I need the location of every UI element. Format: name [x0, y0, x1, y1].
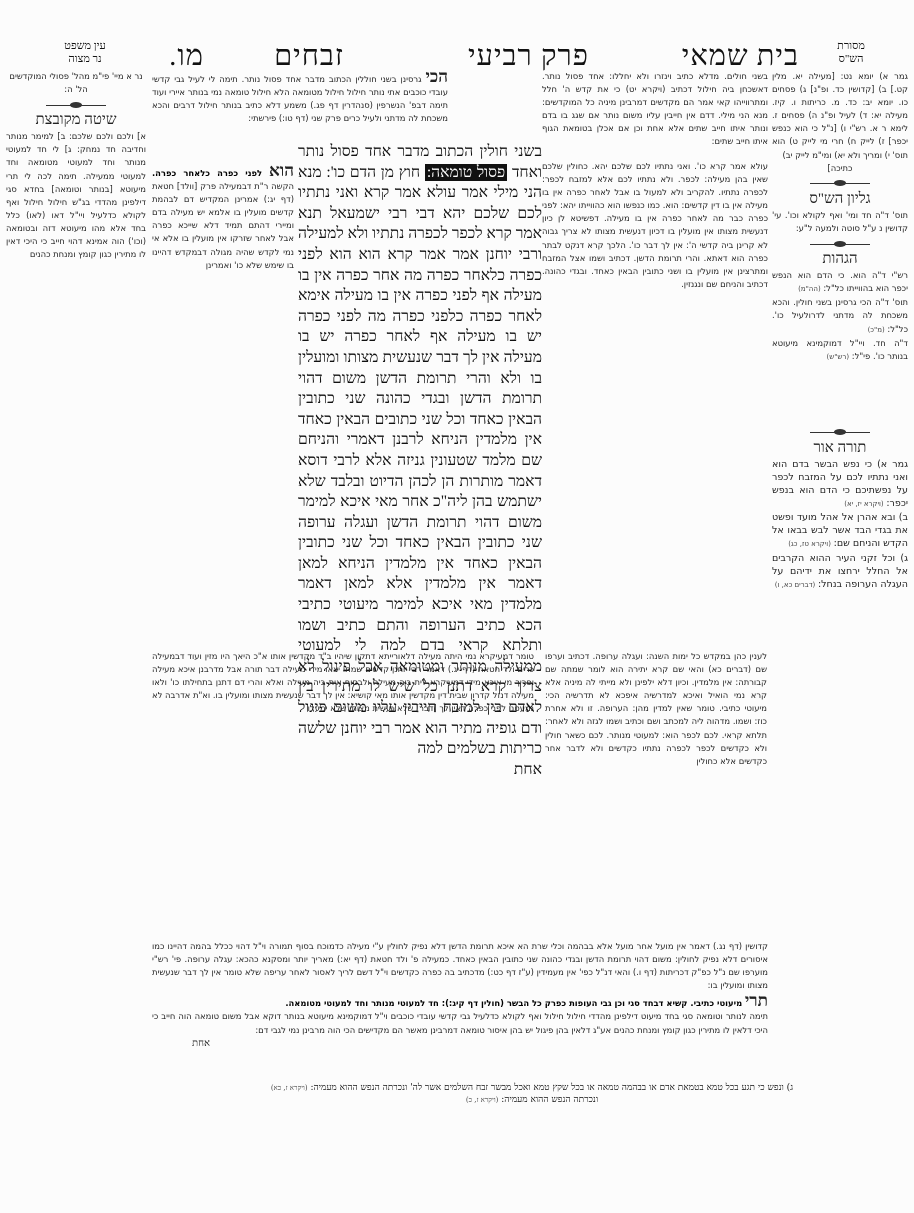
hagahot-text-1: רש"י ד"ה הוא. כי הדם הוא הנפש יכפר הוא ב… [772, 270, 908, 293]
hagahot-text-2: תוס' ד"ה הכי גרסינן בשני חולין. והכא משכ… [772, 297, 908, 333]
folio-number: מו. [169, 40, 204, 72]
gemara-highlight: פסול טומאה: [425, 164, 507, 181]
ein-mishpat-entry: נר א מיי' פי"מ מהל' פסולי המוקדשים הל' ה… [6, 70, 146, 96]
tosafot-bottom-text: טומר דמעיקרא נמי היתה מעילה דלאורייתא דת… [152, 650, 534, 715]
torah-or-ref-2: (ויקרא טז, כג) [788, 540, 831, 548]
rashi-commentary-side: עולא אמר קרא כו'. ואני נתתיו לכם שלכם יה… [542, 160, 768, 291]
chapter-number: פרק רביעי [468, 40, 589, 72]
verse-ref-2: ונכרתה הנפש ההוא מעמיה: [501, 1095, 598, 1105]
hagahot-ref-3: (רש"ש) [827, 353, 850, 361]
torah-or-ref-1: (ויקרא יז, יא) [844, 500, 883, 508]
tosafot-trei-text: מיעוטי כתיבי. קשיא דבחד סגי וכן גבי העופ… [285, 998, 742, 1008]
hagahot-ref-1: (הה"מ) [798, 285, 821, 293]
gilyon-hashas-text: תוס' ד"ה חד ומי' ואף לקולא וכו'. עי' קדו… [772, 209, 908, 235]
tosafot-lower-text: הקשה ר"ת דבמעילה פרק [וולד] חטאת (דף יג:… [152, 181, 294, 270]
left-margin: נר א מיי' פי"מ מהל' פסולי המוקדשים הל' ה… [6, 70, 146, 261]
hagahot-title: הגהות [772, 253, 908, 266]
ornament-divider [772, 239, 908, 249]
ein-mishpat-title: עין משפט [30, 40, 140, 53]
rashi-lower-text: עולא אמר קרא כו'. ואני נתתיו לכם שלכם יה… [542, 160, 768, 291]
tosafot-commentary-top: הכי גרסינן בשני חוללין הכתוב מדבר אחד פס… [152, 70, 448, 125]
amud-marker: אחת [152, 1037, 768, 1050]
tosafot-wide-text: קדושין (דף נג.) דאמר אין מועל אחר מועל א… [152, 940, 768, 992]
tosafot-commentary-side: הוא לפני כפרה כלאחר כפרה. הקשה ר"ת דבמעי… [152, 164, 294, 272]
rashi-bottom-text: לענין כהן במקדש כל ימות השנה: ועגלה ערופ… [545, 650, 767, 768]
tosafot-lower-heading: לפני כפרה כלאחר כפרה. [152, 168, 262, 178]
hashas-label: הש"ס [796, 53, 906, 66]
tosafot-final-para: תימה לנותר וטומאה סגי בחד מיעוט דילפינן … [152, 1010, 768, 1036]
verse-cite-1: (ויקרא ז, כא) [271, 1084, 308, 1092]
right-margin: גמר א) יומא נט: [מעילה יא. מלין קט.] ב) … [772, 70, 908, 592]
tosafot-commentary-bottom: טומר דמעיקרא נמי היתה מעילה דלאורייתא דת… [152, 650, 534, 715]
tosafot-lower-lead: הוא [269, 161, 294, 180]
ornament-divider [6, 100, 146, 110]
gilyon-hashas-title: גליון הש"ס [772, 193, 908, 206]
masoret-hashas-entries: גמר א) יומא נט: [מעילה יא. מלין קט.] ב) … [772, 70, 908, 162]
shita-mekubetzet-title: שיטה מקובצת [6, 114, 146, 127]
tosafot-text: גרסינן בשני חוללין הכתוב מדבר אחד פסול נ… [152, 74, 448, 123]
masoret-label: מסורת [796, 40, 906, 53]
ner-mitzvah-title: נר מצוה [30, 53, 140, 66]
verse-ref-1: ג) ונפש כי תגע בכל טמא בטמאת אדם או בבהמ… [310, 1083, 793, 1093]
rashi-text: בשני חולים. מדלא כתיב וינזרו ולא יחללו: … [542, 70, 768, 149]
verse-footer: ג) ונפש כי תגע בכל טמא בטמאת אדם או בבהמ… [152, 1082, 912, 1106]
tosafot-lead-word: הכי [425, 67, 448, 86]
ornament-divider [772, 428, 908, 438]
chapter-name: בית שמאי [682, 40, 799, 72]
tosafot-commentary-wide: קדושין (דף נג.) דאמר אין מועל אחר מועל א… [152, 940, 768, 1050]
torah-or-verse-1: גמר א) כי נפש הבשר בדם הוא ואני נתתיו לכ… [772, 459, 908, 509]
ornament-divider [772, 179, 908, 189]
masoret-hashas-label: מסורת הש"ס [796, 40, 906, 66]
shita-mekubetzet-text: א] ולכם ולכם שלכם: ב] למימר מנותר וחדיבה… [6, 130, 146, 261]
rashi-commentary-top: בשני חולים. מדלא כתיב וינזרו ולא יחללו: … [542, 70, 768, 149]
torah-or-ref-3: (דברים כא, ו) [775, 581, 815, 589]
gemara-end-word: אחת [298, 760, 542, 781]
rashi-commentary-bottom: לענין כהן במקדש כל ימות השנה: ועגלה ערופ… [545, 650, 767, 768]
torah-or-title: תורה אור [772, 442, 908, 455]
tractate-name: זבחים [274, 40, 344, 72]
hagahot-ref-2: (מ"כ) [868, 326, 885, 334]
masoret-footer: כתיכה] [772, 162, 908, 175]
verse-cite-2: (ויקרא ז, כ) [466, 1096, 499, 1104]
tosafot-trei-lead: תרי [745, 991, 768, 1010]
ein-mishpat-label: עין משפט נר מצוה [30, 40, 140, 66]
